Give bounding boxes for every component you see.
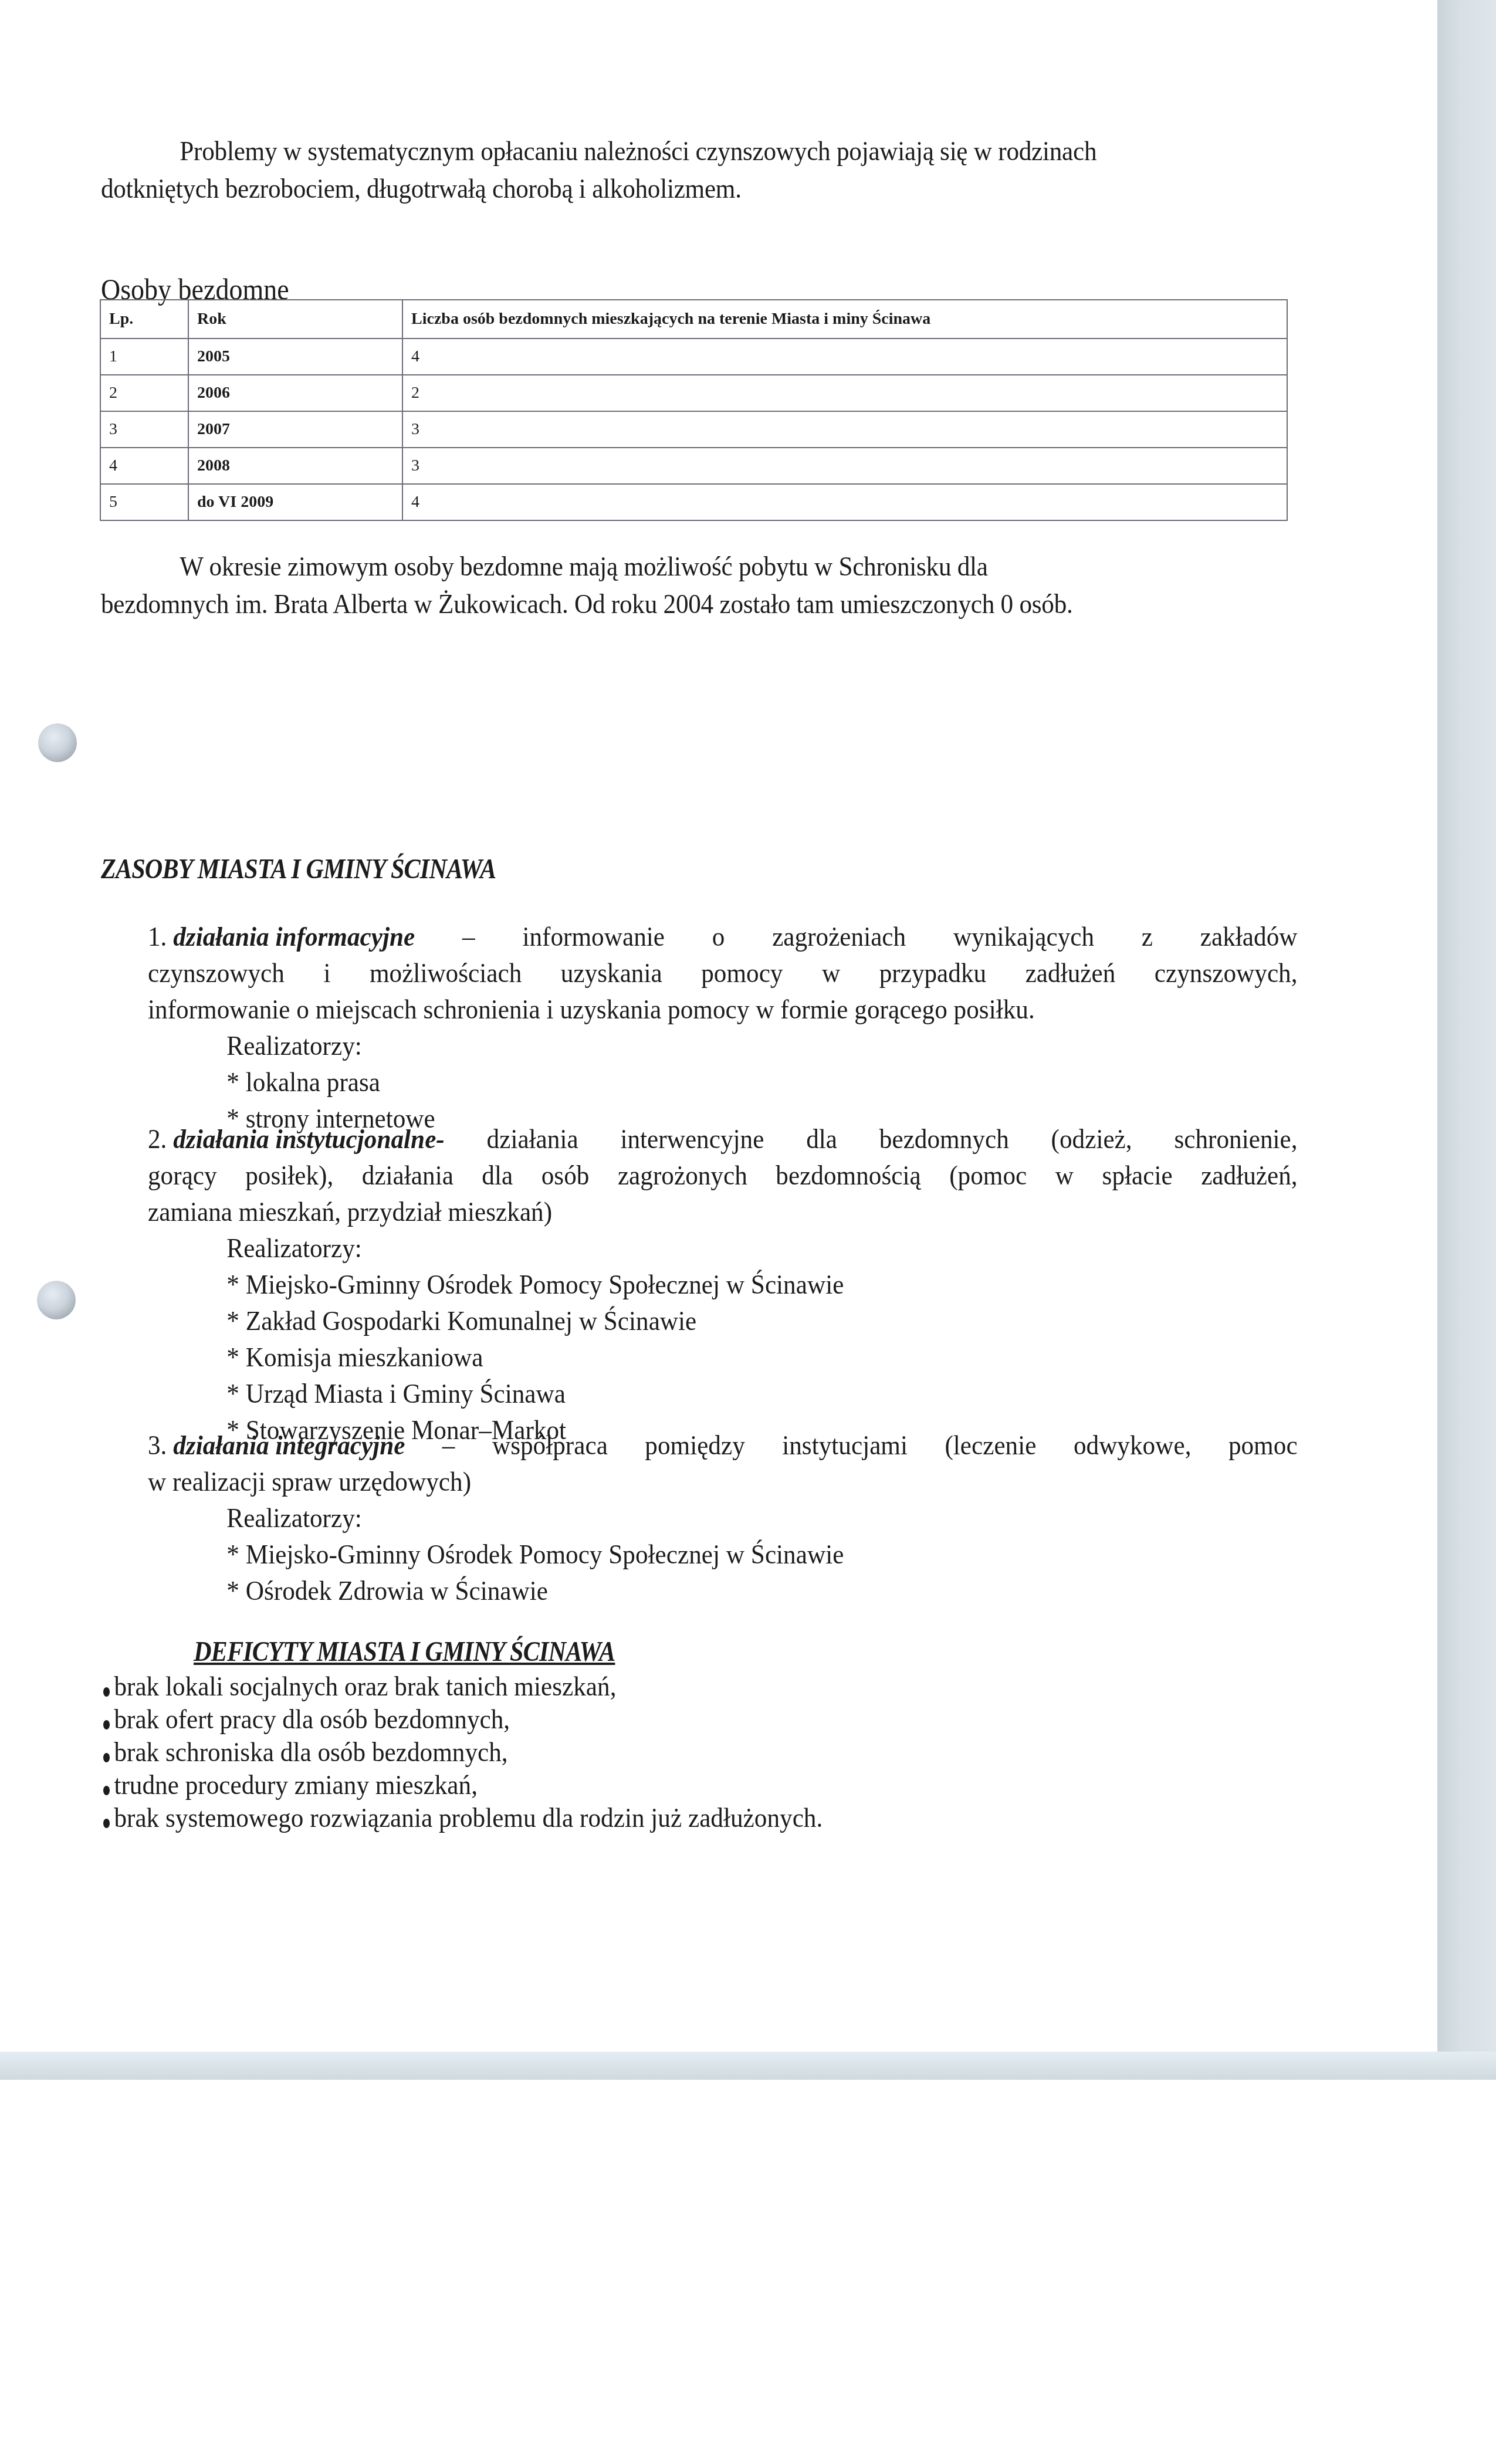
cell-rok: 2008 [188,448,402,484]
item-number: 2. [148,1124,167,1155]
cell-liczba: 3 [402,411,1287,448]
implementer: * Ośrodek Zdrowia w Ścinawie [148,1573,1200,1609]
item-line: informowanie o miejscach schronienia i u… [148,991,1200,1028]
scanned-page: Problemy w systematycznym opłacaniu nale… [0,0,1437,2052]
word: informowanie [522,919,665,955]
item-number: 3. [148,1430,167,1461]
homeless-table: Lp. Rok Liczba osób bezdomnych mieszkają… [100,299,1288,521]
resource-item-institutional: 2. działania instytucjonalne- działania … [148,1121,1292,1448]
cell-lp: 3 [100,411,188,448]
word: działania [362,1157,453,1194]
word: dla [806,1121,837,1157]
implementer: * Miejsko-Gminny Ośrodek Pomocy Społeczn… [148,1267,1200,1303]
word: czynszowych, [1155,955,1298,991]
bullet-icon [103,1753,110,1762]
intro-line-1: Problemy w systematycznym opłacaniu nale… [101,133,1096,170]
implementer: * Urząd Miasta i Gminy Ścinawa [148,1376,1200,1412]
cell-lp: 1 [100,339,188,375]
item-number: 1. [148,922,167,952]
list-item-text: brak systemowego rozwiązania problemu dl… [114,1803,823,1833]
table-row: 1 2005 4 [100,339,1287,375]
cell-lp: 5 [100,484,188,520]
item-heading: 3. działania integracyjne [148,1427,405,1464]
word: posiłek), [245,1157,333,1194]
list-item: brak schroniska dla osób bezdomnych, [103,1736,823,1769]
shelter-paragraph: W okresie zimowym osoby bezdomne mają mo… [101,548,1073,623]
implementer: * Zakład Gospodarki Komunalnej w Ścinawi… [148,1303,1200,1339]
cell-rok: 2006 [188,375,402,411]
scanner-bed-edge [0,2052,1496,2080]
word: osób [541,1157,590,1194]
separator: – [442,1427,455,1464]
word: możliwościach [370,955,522,991]
cell-liczba: 4 [402,484,1287,520]
word: (leczenie [945,1427,1036,1464]
table-row: 4 2008 3 [100,448,1287,484]
word: (odzież, [1051,1121,1132,1157]
implementers-label: Realizatorzy: [148,1230,1200,1267]
implementer: * lokalna prasa [148,1064,1200,1101]
punch-hole [37,1281,76,1319]
cell-liczba: 3 [402,448,1287,484]
cell-rok: do VI 2009 [188,484,402,520]
word: spłacie [1102,1157,1173,1194]
resource-item-integration: 3. działania integracyjne – współpraca p… [148,1427,1292,1609]
word: instytucjami [782,1427,908,1464]
item-line: zamiana mieszkań, przydział mieszkań) [148,1194,1200,1230]
word: uzyskania [561,955,662,991]
list-item-text: brak lokali socjalnych oraz brak tanich … [114,1671,616,1702]
bullet-icon [103,1687,110,1697]
cell-liczba: 2 [402,375,1287,411]
scanner-bed-edge [1437,0,1496,2080]
shelter-line-1: W okresie zimowym osoby bezdomne mają mo… [101,548,1073,585]
list-item: brak systemowego rozwiązania problemu dl… [103,1802,823,1835]
word: w [1055,1157,1074,1194]
word: z [1142,919,1153,955]
item-line: 2. działania instytucjonalne- działania … [148,1121,1298,1157]
intro-paragraph: Problemy w systematycznym opłacaniu nale… [101,133,1096,208]
word: pomocy [701,955,783,991]
item-line: 3. działania integracyjne – współpraca p… [148,1427,1298,1464]
word: przypadku [879,955,987,991]
item-name: działania instytucjonalne- [173,1124,445,1155]
intro-line-2: dotkniętych bezrobociem, długotrwałą cho… [101,170,1096,208]
table-header-row: Lp. Rok Liczba osób bezdomnych mieszkają… [100,300,1287,339]
word: czynszowych [148,955,285,991]
shelter-line-2: bezdomnych im. Brata Alberta w Żukowicac… [101,585,1073,623]
cell-lp: 2 [100,375,188,411]
bullet-icon [103,1720,110,1729]
cell-rok: 2007 [188,411,402,448]
list-item: brak ofert pracy dla osób bezdomnych, [103,1703,823,1736]
deficits-list: brak lokali socjalnych oraz brak tanich … [103,1670,885,1835]
word: działania [487,1121,578,1157]
item-name: działania informacyjne [173,922,415,952]
word: pomoc [1228,1427,1298,1464]
bullet-icon [103,1819,110,1828]
word: współpraca [492,1427,608,1464]
punch-hole [38,723,77,762]
header-lp: Lp. [100,300,188,339]
resource-item-informational: 1. działania informacyjne – informowanie… [148,919,1292,1137]
word: gorący [148,1157,217,1194]
word: i [323,955,330,991]
implementer: * Miejsko-Gminny Ośrodek Pomocy Społeczn… [148,1536,1200,1573]
word: odwykowe, [1074,1427,1192,1464]
word: zagrożonych [618,1157,747,1194]
list-item-text: brak ofert pracy dla osób bezdomnych, [114,1704,510,1735]
implementer: * Komisja mieszkaniowa [148,1339,1200,1376]
item-line: 1. działania informacyjne – informowanie… [148,919,1298,955]
item-line: czynszowych i możliwościach uzyskania po… [148,955,1298,991]
word: bezdomnych [879,1121,1009,1157]
word: schronienie, [1174,1121,1297,1157]
word: zadłużeń, [1201,1157,1297,1194]
list-item: brak lokali socjalnych oraz brak tanich … [103,1670,823,1703]
implementers-label: Realizatorzy: [148,1500,1200,1536]
table-row: 3 2007 3 [100,411,1287,448]
list-item-text: brak schroniska dla osób bezdomnych, [114,1737,507,1768]
table-row: 5 do VI 2009 4 [100,484,1287,520]
implementers-label: Realizatorzy: [148,1028,1200,1064]
item-heading: 1. działania informacyjne [148,919,415,955]
list-item: trudne procedury zmiany mieszkań, [103,1769,823,1802]
cell-rok: 2005 [188,339,402,375]
item-line: gorący posiłek), działania dla osób zagr… [148,1157,1298,1194]
word: zakładów [1200,919,1298,955]
word: o [712,919,725,955]
header-rok: Rok [188,300,402,339]
word: w [822,955,840,991]
table-row: 2 2006 2 [100,375,1287,411]
word: pomiędzy [645,1427,745,1464]
word: zadłużeń [1025,955,1116,991]
word: dla [482,1157,513,1194]
item-name: działania integracyjne [173,1430,405,1461]
list-item-text: trudne procedury zmiany mieszkań, [114,1770,478,1800]
resources-title: ZASOBY MIASTA I GMINY ŚCINAWA [101,852,496,887]
word: (pomoc [949,1157,1027,1194]
header-liczba: Liczba osób bezdomnych mieszkających na … [402,300,1287,339]
cell-lp: 4 [100,448,188,484]
item-line: w realizacji spraw urzędowych) [148,1464,1200,1500]
word: bezdomnością [776,1157,920,1194]
word: wynikających [953,919,1094,955]
word: interwencyjne [620,1121,764,1157]
separator: – [462,919,475,955]
bullet-icon [103,1786,110,1795]
deficits-title: DEFICYTY MIASTA I GMINY ŚCINAWA [194,1634,615,1670]
word: zagrożeniach [772,919,906,955]
item-heading: 2. działania instytucjonalne- [148,1121,445,1157]
cell-liczba: 4 [402,339,1287,375]
